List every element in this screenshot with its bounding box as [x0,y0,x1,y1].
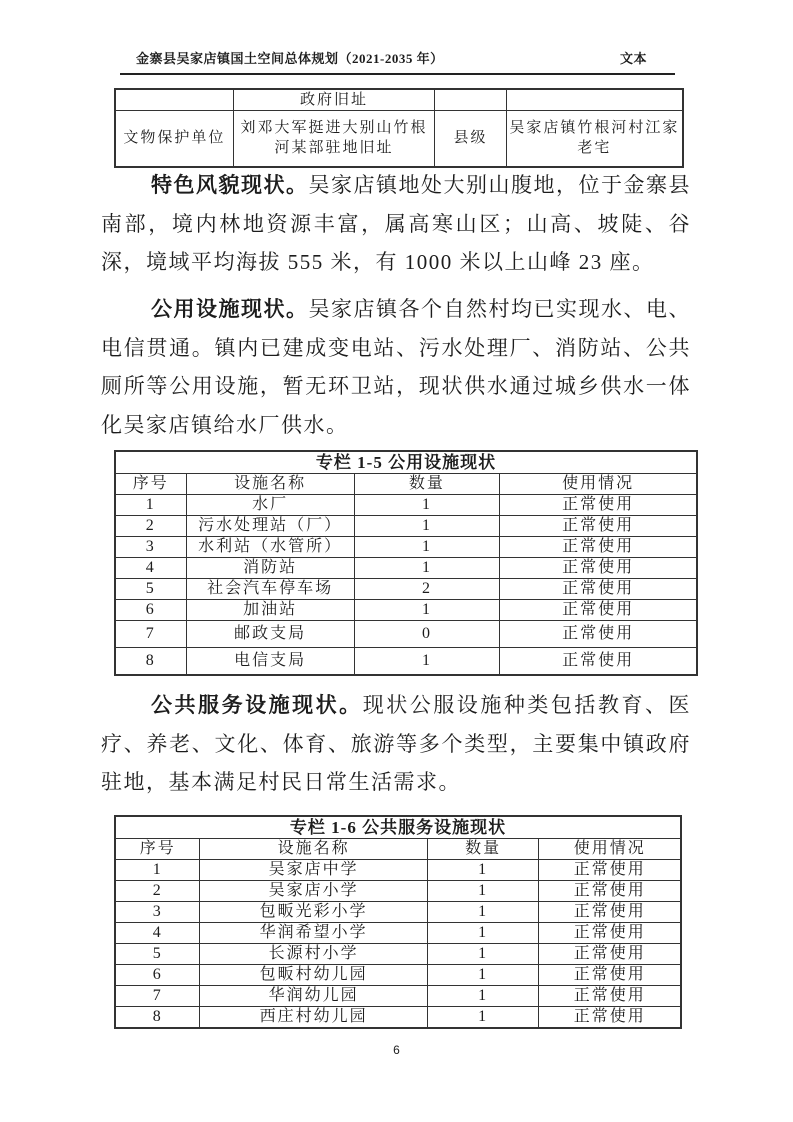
table-cell: 正常使用 [539,860,681,881]
table-cell: 8 [115,1007,200,1029]
document-page: 金寨县吴家店镇国土空间总体规划（2021-2035 年） 文本 政府旧址 文物保… [0,0,793,1122]
table-cell: 1 [354,537,500,558]
table-cell: 电信支局 [186,648,354,675]
table-cell: 1 [427,923,539,944]
table-row: 8 西庄村幼儿园 1 正常使用 [115,1007,681,1029]
table-cell: 正常使用 [500,537,697,558]
table-cell: 邮政支局 [186,621,354,648]
public-services-status-table: 专栏 1-6 公共服务设施现状 序号 设施名称 数量 使用情况 1 吴家店中学 … [114,815,682,1029]
table-cell: 1 [354,600,500,621]
table-cell: 吴家店中学 [200,860,428,881]
paragraph-lead: 公共服务设施现状。 [151,693,363,717]
table-cell: 1 [427,1007,539,1029]
table-cell: 正常使用 [539,902,681,923]
table-cell: 正常使用 [500,621,697,648]
table-title: 专栏 1-6 公共服务设施现状 [115,816,681,839]
column-header: 序号 [115,474,186,495]
table-cell: 1 [427,881,539,902]
table-cell: 4 [115,923,200,944]
column-header: 设施名称 [186,474,354,495]
column-header: 序号 [115,839,200,860]
table-row: 1 水厂 1 正常使用 [115,495,697,516]
document-type-label: 文本 [620,48,647,67]
table-cell: 水厂 [186,495,354,516]
table-row: 6 包畈村幼儿园 1 正常使用 [115,965,681,986]
document-title: 金寨县吴家店镇国土空间总体规划（2021-2035 年） [136,48,444,67]
table-row: 1 吴家店中学 1 正常使用 [115,860,681,881]
table-cell: 刘邓大军挺进大别山竹根河某部驻地旧址 [233,111,435,167]
table-row: 7 邮政支局 0 正常使用 [115,621,697,648]
table-cell: 1 [115,860,200,881]
table-cell: 6 [115,600,186,621]
table-cell: 1 [354,516,500,537]
table-cell: 1 [427,860,539,881]
table-row: 5 社会汽车停车场 2 正常使用 [115,579,697,600]
table-row: 4 消防站 1 正常使用 [115,558,697,579]
page-number: 6 [0,1043,793,1057]
table-cell: 正常使用 [500,516,697,537]
paragraph-public-utilities: 公用设施现状。吴家店镇各个自然村均已实现水、电、电信贯通。镇内已建成变电站、污水… [101,290,691,444]
table-cell: 水利站（水管所） [186,537,354,558]
table-row: 3 水利站（水管所） 1 正常使用 [115,537,697,558]
table-cell: 正常使用 [500,579,697,600]
table-cell: 文物保护单位 [115,111,233,167]
table-cell: 2 [115,881,200,902]
table-row: 4 华润希望小学 1 正常使用 [115,923,681,944]
paragraph-public-services: 公共服务设施现状。现状公服设施种类包括教育、医疗、养老、文化、体育、旅游等多个类… [101,686,691,802]
table-cell: 正常使用 [500,648,697,675]
table-cell: 0 [354,621,500,648]
table-cell: 3 [115,902,200,923]
table-header-row: 序号 设施名称 数量 使用情况 [115,839,681,860]
table-cell: 政府旧址 [233,89,435,111]
table-row: 6 加油站 1 正常使用 [115,600,697,621]
table-cell [506,89,683,111]
heritage-units-table: 政府旧址 文物保护单位 刘邓大军挺进大别山竹根河某部驻地旧址 县级 吴家店镇竹根… [114,88,684,168]
column-header: 使用情况 [500,474,697,495]
table-cell: 华润幼儿园 [200,986,428,1007]
table-cell: 污水处理站（厂） [186,516,354,537]
table-cell: 5 [115,944,200,965]
table-cell: 1 [354,558,500,579]
table-row: 2 吴家店小学 1 正常使用 [115,881,681,902]
table-cell: 8 [115,648,186,675]
table-row: 3 包畈光彩小学 1 正常使用 [115,902,681,923]
table-cell: 包畈村幼儿园 [200,965,428,986]
table-cell: 长源村小学 [200,944,428,965]
table-cell: 正常使用 [500,558,697,579]
table-cell: 4 [115,558,186,579]
table-cell: 加油站 [186,600,354,621]
table-cell: 6 [115,965,200,986]
table-cell: 正常使用 [539,986,681,1007]
paragraph-lead: 特色风貌现状。 [151,173,309,197]
table-cell: 正常使用 [539,1007,681,1029]
table-cell: 吴家店镇竹根河村江家老宅 [506,111,683,167]
column-header: 数量 [427,839,539,860]
table-cell: 5 [115,579,186,600]
table-cell: 正常使用 [539,881,681,902]
table-title-row: 专栏 1-5 公用设施现状 [115,451,697,474]
table-row: 7 华润幼儿园 1 正常使用 [115,986,681,1007]
table-cell: 包畈光彩小学 [200,902,428,923]
table-cell: 正常使用 [539,965,681,986]
column-header: 数量 [354,474,500,495]
table-cell: 正常使用 [539,944,681,965]
table-cell: 1 [354,648,500,675]
table-row: 政府旧址 [115,89,683,111]
table-cell: 县级 [435,111,507,167]
table-cell: 1 [354,495,500,516]
table-cell: 7 [115,621,186,648]
table-cell: 正常使用 [539,923,681,944]
table-cell: 2 [354,579,500,600]
column-header: 使用情况 [539,839,681,860]
paragraph-special-scenery: 特色风貌现状。吴家店镇地处大别山腹地，位于金寨县南部，境内林地资源丰富，属高寒山… [101,166,691,282]
column-header: 设施名称 [200,839,428,860]
table-cell: 3 [115,537,186,558]
table-title: 专栏 1-5 公用设施现状 [115,451,697,474]
table-row: 5 长源村小学 1 正常使用 [115,944,681,965]
table-header-row: 序号 设施名称 数量 使用情况 [115,474,697,495]
table-cell: 正常使用 [500,495,697,516]
table-cell: 1 [115,495,186,516]
table-cell [435,89,507,111]
table-cell: 1 [427,986,539,1007]
table-row: 文物保护单位 刘邓大军挺进大别山竹根河某部驻地旧址 县级 吴家店镇竹根河村江家老… [115,111,683,167]
table-cell: 2 [115,516,186,537]
table-title-row: 专栏 1-6 公共服务设施现状 [115,816,681,839]
table-cell: 1 [427,944,539,965]
table-cell: 西庄村幼儿园 [200,1007,428,1029]
utilities-status-table: 专栏 1-5 公用设施现状 序号 设施名称 数量 使用情况 1 水厂 1 正常使… [114,450,698,676]
table-cell: 消防站 [186,558,354,579]
table-cell: 社会汽车停车场 [186,579,354,600]
table-cell: 华润希望小学 [200,923,428,944]
table-cell [115,89,233,111]
table-cell: 7 [115,986,200,1007]
table-row: 8 电信支局 1 正常使用 [115,648,697,675]
paragraph-lead: 公用设施现状。 [151,297,309,321]
table-row: 2 污水处理站（厂） 1 正常使用 [115,516,697,537]
table-cell: 1 [427,902,539,923]
table-cell: 1 [427,965,539,986]
table-cell: 正常使用 [500,600,697,621]
running-header: 金寨县吴家店镇国土空间总体规划（2021-2035 年） 文本 [120,48,675,75]
table-cell: 吴家店小学 [200,881,428,902]
